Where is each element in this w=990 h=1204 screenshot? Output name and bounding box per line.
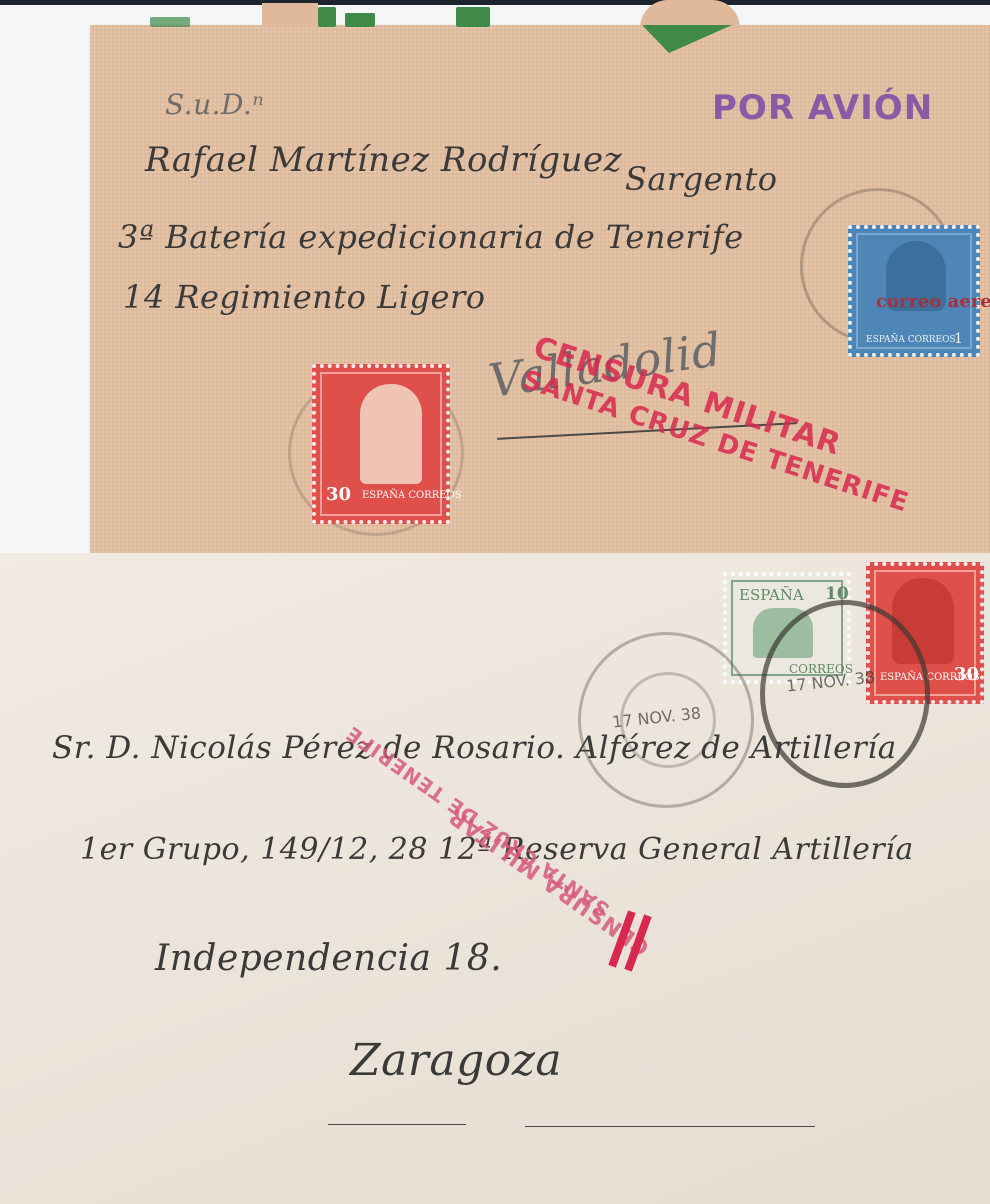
underline xyxy=(525,1126,815,1127)
recipient-name: Rafael Martínez Rodríguez xyxy=(145,140,622,180)
stamp-value: 30 xyxy=(954,664,979,685)
recipient-unit: 3ª Batería expedicionaria de Tenerife xyxy=(118,218,744,256)
addressee-line: Sr. D. Nicolás Pérez de Rosario. Alférez… xyxy=(52,730,897,766)
envelope-flap-scrap xyxy=(262,3,318,27)
stamp-text: ESPAÑA CORREOS xyxy=(866,335,956,345)
stamp-value: 30 xyxy=(326,484,351,505)
street-line: Independencia 18. xyxy=(155,938,502,979)
airmail-label: POR AVIÓN xyxy=(712,88,933,128)
green-lining-fragment xyxy=(150,17,190,27)
isabel-stamp: 30 ESPAÑA CORREOS xyxy=(312,364,450,524)
green-lining-fragment xyxy=(456,7,490,27)
portrait xyxy=(360,384,422,484)
green-lining-fragment xyxy=(318,7,336,27)
corner-note: S.u.D.ⁿ xyxy=(165,88,264,121)
stamp-value: 1 xyxy=(954,331,963,347)
city-line: Zaragoza xyxy=(350,1035,562,1086)
overprint: correo aereo xyxy=(876,291,990,312)
underline xyxy=(328,1124,466,1125)
airmail-stamp: correo aereo ESPAÑA CORREOS 1 xyxy=(848,225,980,357)
recipient-rank: Sargento xyxy=(625,160,777,198)
stamp-text: ESPAÑA CORREOS xyxy=(362,490,462,501)
envelope-flap-scrap xyxy=(640,0,740,28)
green-lining-fragment xyxy=(345,13,375,27)
recipient-regiment: 14 Regimiento Ligero xyxy=(123,278,486,316)
green-lining-fragment xyxy=(642,25,732,53)
stamp-country: ESPAÑA xyxy=(739,586,804,604)
